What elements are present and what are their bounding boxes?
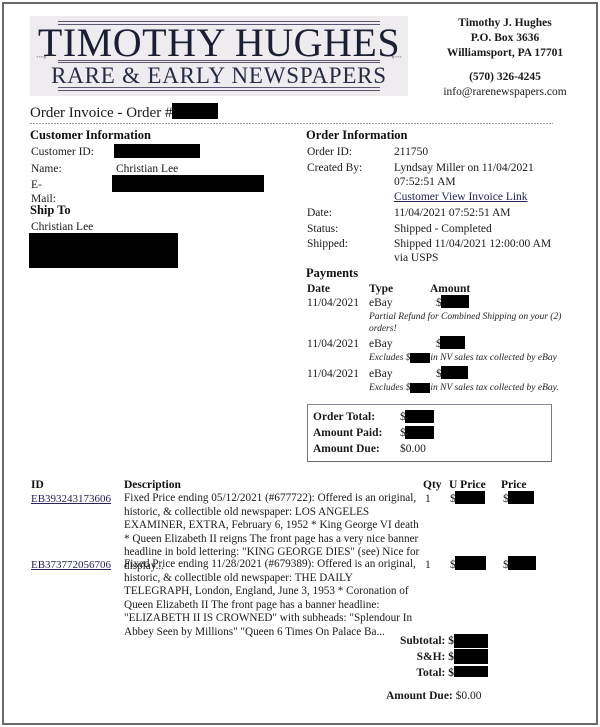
redacted-payment-amount bbox=[441, 366, 468, 379]
redacted-ship-address bbox=[29, 233, 178, 268]
customer-id-label: Customer ID: bbox=[31, 145, 94, 159]
created-by-label: Created By: bbox=[307, 161, 362, 175]
customer-info-heading: Customer Information bbox=[30, 128, 151, 143]
page-title-text: Order Invoice - Order # bbox=[30, 105, 172, 121]
redacted-unit-price bbox=[455, 491, 485, 504]
item-id-link[interactable]: EB373772056706 bbox=[31, 558, 111, 572]
created-by-time: 07:52:51 AM bbox=[394, 175, 456, 189]
payment-type: eBay bbox=[369, 296, 393, 310]
item-price: $ bbox=[503, 558, 509, 572]
redacted-customer-id bbox=[114, 144, 200, 158]
payment-type: eBay bbox=[369, 337, 393, 351]
status-label: Status: bbox=[307, 222, 338, 236]
company-name: Timothy J. Hughes bbox=[425, 16, 585, 31]
redacted-order-total bbox=[405, 410, 434, 423]
payments-col-amount: Amount bbox=[430, 282, 470, 296]
payment-date: 11/04/2021 bbox=[307, 367, 359, 381]
order-totals-box: Order Total: $ Amount Paid: $ Amount Due… bbox=[307, 404, 552, 462]
order-id-label: Order ID: bbox=[307, 145, 352, 159]
company-po-box: P.O. Box 3636 bbox=[425, 31, 585, 46]
shipped-carrier: via USPS bbox=[394, 251, 438, 265]
date-label: Date: bbox=[307, 206, 332, 220]
final-amount-due-row: Amount Due: $0.00 bbox=[386, 689, 482, 703]
company-city: Williamsport, PA 17701 bbox=[425, 46, 585, 61]
customer-view-invoice-link[interactable]: Customer View Invoice Link bbox=[394, 190, 528, 204]
email-label: E-Mail: bbox=[31, 178, 56, 206]
item-price: $ bbox=[503, 492, 509, 506]
total-label: Total: $ bbox=[416, 666, 454, 680]
payment-note: Partial Refund for Combined Shipping on … bbox=[369, 311, 569, 335]
items-col-price: Price bbox=[501, 478, 527, 492]
order-info-heading: Order Information bbox=[306, 128, 408, 143]
created-by-value: Lyndsay Miller on 11/04/2021 bbox=[394, 161, 534, 175]
redacted-amount-paid bbox=[405, 426, 434, 439]
redacted-unit-price bbox=[455, 556, 486, 570]
arrow-left-icon: ⇠ bbox=[391, 51, 402, 63]
items-col-description: Description bbox=[124, 478, 181, 492]
redacted-price bbox=[508, 491, 534, 504]
order-total-label: Order Total: bbox=[313, 410, 375, 424]
item-unit-price: $ bbox=[450, 558, 456, 572]
logo-title: TIMOTHY HUGHES bbox=[30, 24, 408, 62]
redacted-payment-amount bbox=[440, 336, 465, 349]
company-phone: (570) 326-4245 bbox=[425, 70, 585, 85]
payment-note: Excludes $in NV sales tax collected by e… bbox=[369, 382, 559, 394]
subtotal-label: Subtotal: $ bbox=[400, 634, 454, 648]
name-label: Name: bbox=[31, 162, 62, 176]
redacted-payment-amount bbox=[441, 295, 469, 308]
redacted-tax-amount bbox=[410, 383, 430, 393]
redacted-tax-amount bbox=[410, 353, 430, 363]
status-value: Shipped - Completed bbox=[394, 222, 492, 236]
redacted-total bbox=[454, 666, 488, 677]
shipped-label: Shipped: bbox=[307, 237, 348, 251]
amount-due-value: $0.00 bbox=[400, 442, 426, 456]
item-qty: 1 bbox=[425, 492, 431, 506]
page-title: Order Invoice - Order # bbox=[30, 103, 218, 122]
company-email[interactable]: info@rarenewspapers.com bbox=[425, 85, 585, 100]
item-description: Fixed Price ending 11/28/2021 (#679389):… bbox=[124, 558, 420, 639]
logo-subtitle: RARE & EARLY NEWSPAPERS bbox=[30, 63, 408, 88]
payment-date: 11/04/2021 bbox=[307, 296, 359, 310]
ship-to-name: Christian Lee bbox=[31, 220, 93, 234]
amount-paid-label: Amount Paid: bbox=[313, 426, 382, 440]
items-col-qty: Qty bbox=[423, 478, 442, 492]
ship-to-heading: Ship To bbox=[30, 203, 71, 218]
redacted-email bbox=[112, 175, 264, 192]
payment-type: eBay bbox=[369, 367, 393, 381]
item-id-link[interactable]: EB393243173606 bbox=[31, 492, 111, 506]
item-unit-price: $ bbox=[450, 492, 456, 506]
company-address: Timothy J. Hughes P.O. Box 3636 Williams… bbox=[425, 16, 585, 100]
order-id-value: 211750 bbox=[394, 145, 428, 159]
payments-col-date: Date bbox=[307, 282, 330, 296]
redacted-subtotal bbox=[454, 634, 488, 648]
payment-note: Excludes $in NV sales tax collected by e… bbox=[369, 352, 557, 364]
date-value: 11/04/2021 07:52:51 AM bbox=[394, 206, 511, 220]
sh-label: S&H: $ bbox=[417, 650, 454, 664]
title-divider bbox=[30, 123, 553, 124]
final-amount-due-value: $0.00 bbox=[456, 690, 482, 702]
redacted-sh bbox=[454, 649, 488, 664]
items-col-unit-price: U Price bbox=[449, 478, 486, 492]
amount-due-label: Amount Due: bbox=[313, 442, 380, 456]
payments-heading: Payments bbox=[306, 266, 358, 281]
redacted-order-number bbox=[172, 103, 218, 119]
shipped-value: Shipped 11/04/2021 12:00:00 AM bbox=[394, 237, 551, 251]
payment-date: 11/04/2021 bbox=[307, 337, 359, 351]
final-amount-due-label: Amount Due: bbox=[386, 690, 453, 702]
name-value: Christian Lee bbox=[116, 162, 178, 176]
items-col-id: ID bbox=[31, 478, 44, 492]
payments-col-type: Type bbox=[369, 282, 393, 296]
redacted-price bbox=[508, 556, 536, 570]
item-qty: 1 bbox=[425, 558, 431, 572]
company-logo: ⇢ TIMOTHY HUGHES RARE & EARLY NEWSPAPERS… bbox=[30, 16, 408, 96]
